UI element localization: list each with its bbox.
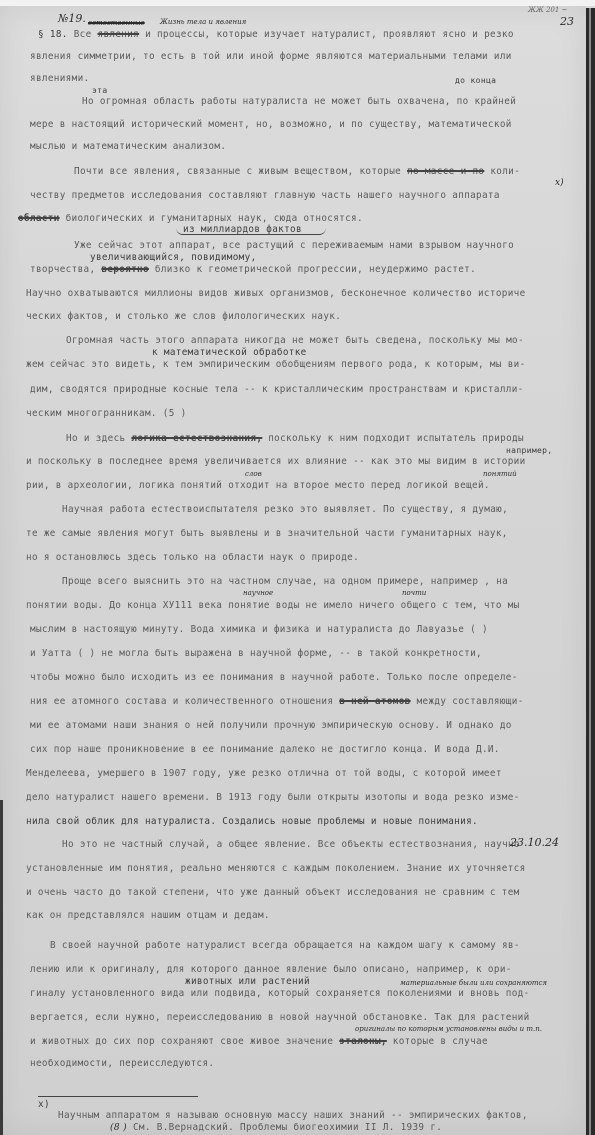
text-line: понятии воды. До конца ХУ111 века поняти…	[26, 600, 520, 612]
section-title-handwritten: Жизнь тела и явления	[160, 17, 246, 27]
text-line: Уже сейчас этот аппарат, все растущий с …	[74, 240, 514, 252]
text-line: чтобы можно было исходить из ее понимани…	[30, 672, 518, 684]
text-line: как он представлялся нашим отцам и дедам…	[26, 910, 270, 922]
text-line: лению или к оригиналу, для которого данн…	[30, 964, 512, 976]
text-line: Но и здесь логика естествознания, поскол…	[66, 433, 524, 445]
text-line: мере в настоящий исторический момент, но…	[30, 119, 512, 131]
text-line: Но это не частный случай, а общее явлени…	[62, 839, 520, 851]
text-line: В своей научной работе натуралист всегда…	[50, 940, 520, 952]
text-line: мыслим в настоящую минуту. Вода химика и…	[30, 624, 488, 636]
text-line: и очень часто до такой степени, что уже …	[26, 887, 520, 899]
text-line: необходимости, переисследуются.	[30, 1058, 214, 1070]
insertion: увеличивающийся, повидимому,	[90, 253, 257, 263]
text-line: Научно охватываются миллионы видов живых…	[26, 288, 526, 300]
text-line: ческих фактов, и столько же слов филолог…	[26, 311, 341, 323]
scan-left-edge	[0, 800, 3, 1135]
text-line: мыслью и математическим анализом.	[30, 141, 226, 153]
insertion-arc	[176, 228, 326, 235]
insertion: например,	[506, 446, 553, 456]
text-line: но я остановлюсь здесь только на области…	[26, 552, 359, 564]
text-line: и Уатта ( ) не могла быть выражена в нау…	[30, 648, 482, 660]
text-line: те же самые явления могут быть выявлены …	[26, 528, 508, 540]
text-line: творчества, вероятно близко к геометриче…	[30, 264, 476, 276]
text-line: нила свой облик для натуралиста. Создали…	[26, 816, 478, 828]
text-line: ния ее атомного состава и количественног…	[30, 696, 524, 708]
text-line: Но огромная область работы натуралиста н…	[82, 96, 516, 108]
footnote-marker: х)	[38, 1099, 50, 1111]
footnote-reference: (8 ) См. В.Вернадский. Проблемы биогеохи…	[110, 1122, 442, 1134]
text-line: вергается, если нужно, переисследованию …	[30, 1012, 530, 1024]
insertion: материальные были или сохраняются	[400, 978, 547, 988]
text-line: честву предметов исследования составляют…	[30, 190, 500, 202]
text-line: Менделеева, умершего в 1907 году, уже ре…	[26, 768, 502, 780]
text-line: рии, в археологии, логика понятий отходи…	[26, 480, 490, 492]
insertion: почти	[402, 588, 426, 598]
text-line: § 18. Все явления и процессы, которые из…	[38, 29, 514, 41]
struck-header-word: естественные	[88, 18, 145, 28]
text-line: явления симметрии, то есть в той или ино…	[30, 51, 512, 63]
text-line: дим, сводятся природные косные тела -- к…	[30, 384, 524, 396]
paragraph-mark: § 18.	[38, 29, 68, 40]
text-line: Огромная часть этого аппарата никогда не…	[66, 335, 524, 347]
insertion: животных или растений	[185, 977, 310, 987]
insertion: к математической обработке	[152, 348, 307, 358]
footnote-marker-handwritten: х)	[555, 178, 564, 188]
text-line: ми ее атомами наши знания о ней получили…	[30, 720, 512, 732]
scan-binding-edge	[586, 8, 595, 1135]
page-number: 23	[560, 17, 574, 27]
insertion: оригиналы по которым установлены виды и …	[355, 1024, 542, 1034]
text-line: ческим многогранникам. (5 )	[26, 408, 187, 420]
text-line: сих пор наше проникновение в ее понимани…	[30, 744, 500, 756]
text-line: явлениями.	[30, 73, 89, 85]
text-line: жем сейчас это видеть, к тем эмпирически…	[26, 359, 526, 371]
text-line: Проще всего выяснить это на частном случ…	[62, 576, 508, 588]
date-annotation: 23.10.24	[510, 838, 559, 848]
insertion: научное	[243, 588, 273, 598]
insertion: слов	[245, 469, 262, 479]
insertion: эта	[92, 86, 108, 96]
text-line: и животных до сих пор сохраняют свое жив…	[30, 1036, 488, 1048]
text-line: гиналу установленного вида или подвида, …	[30, 988, 530, 1000]
insertion: понятий	[483, 469, 517, 479]
text-line: Почти все явления, связанные с живым вещ…	[74, 166, 520, 178]
text-line: Научная работа естествоиспытателя резко …	[62, 504, 508, 516]
text-line: дело натуралист нашего времени. В 1913 г…	[26, 792, 520, 804]
section-number-handwritten: №19.	[58, 14, 86, 24]
archive-stamp: ЖЖ 201 ~	[528, 5, 567, 15]
footnote-text: Научным аппаратом я называю основную мас…	[58, 1110, 528, 1122]
footnote-rule	[38, 1096, 198, 1097]
text-line: и поскольку в последнее время увеличивае…	[26, 456, 526, 468]
insertion: до конца	[455, 76, 496, 86]
text-line: установленные им понятия, реально меняют…	[26, 863, 526, 875]
